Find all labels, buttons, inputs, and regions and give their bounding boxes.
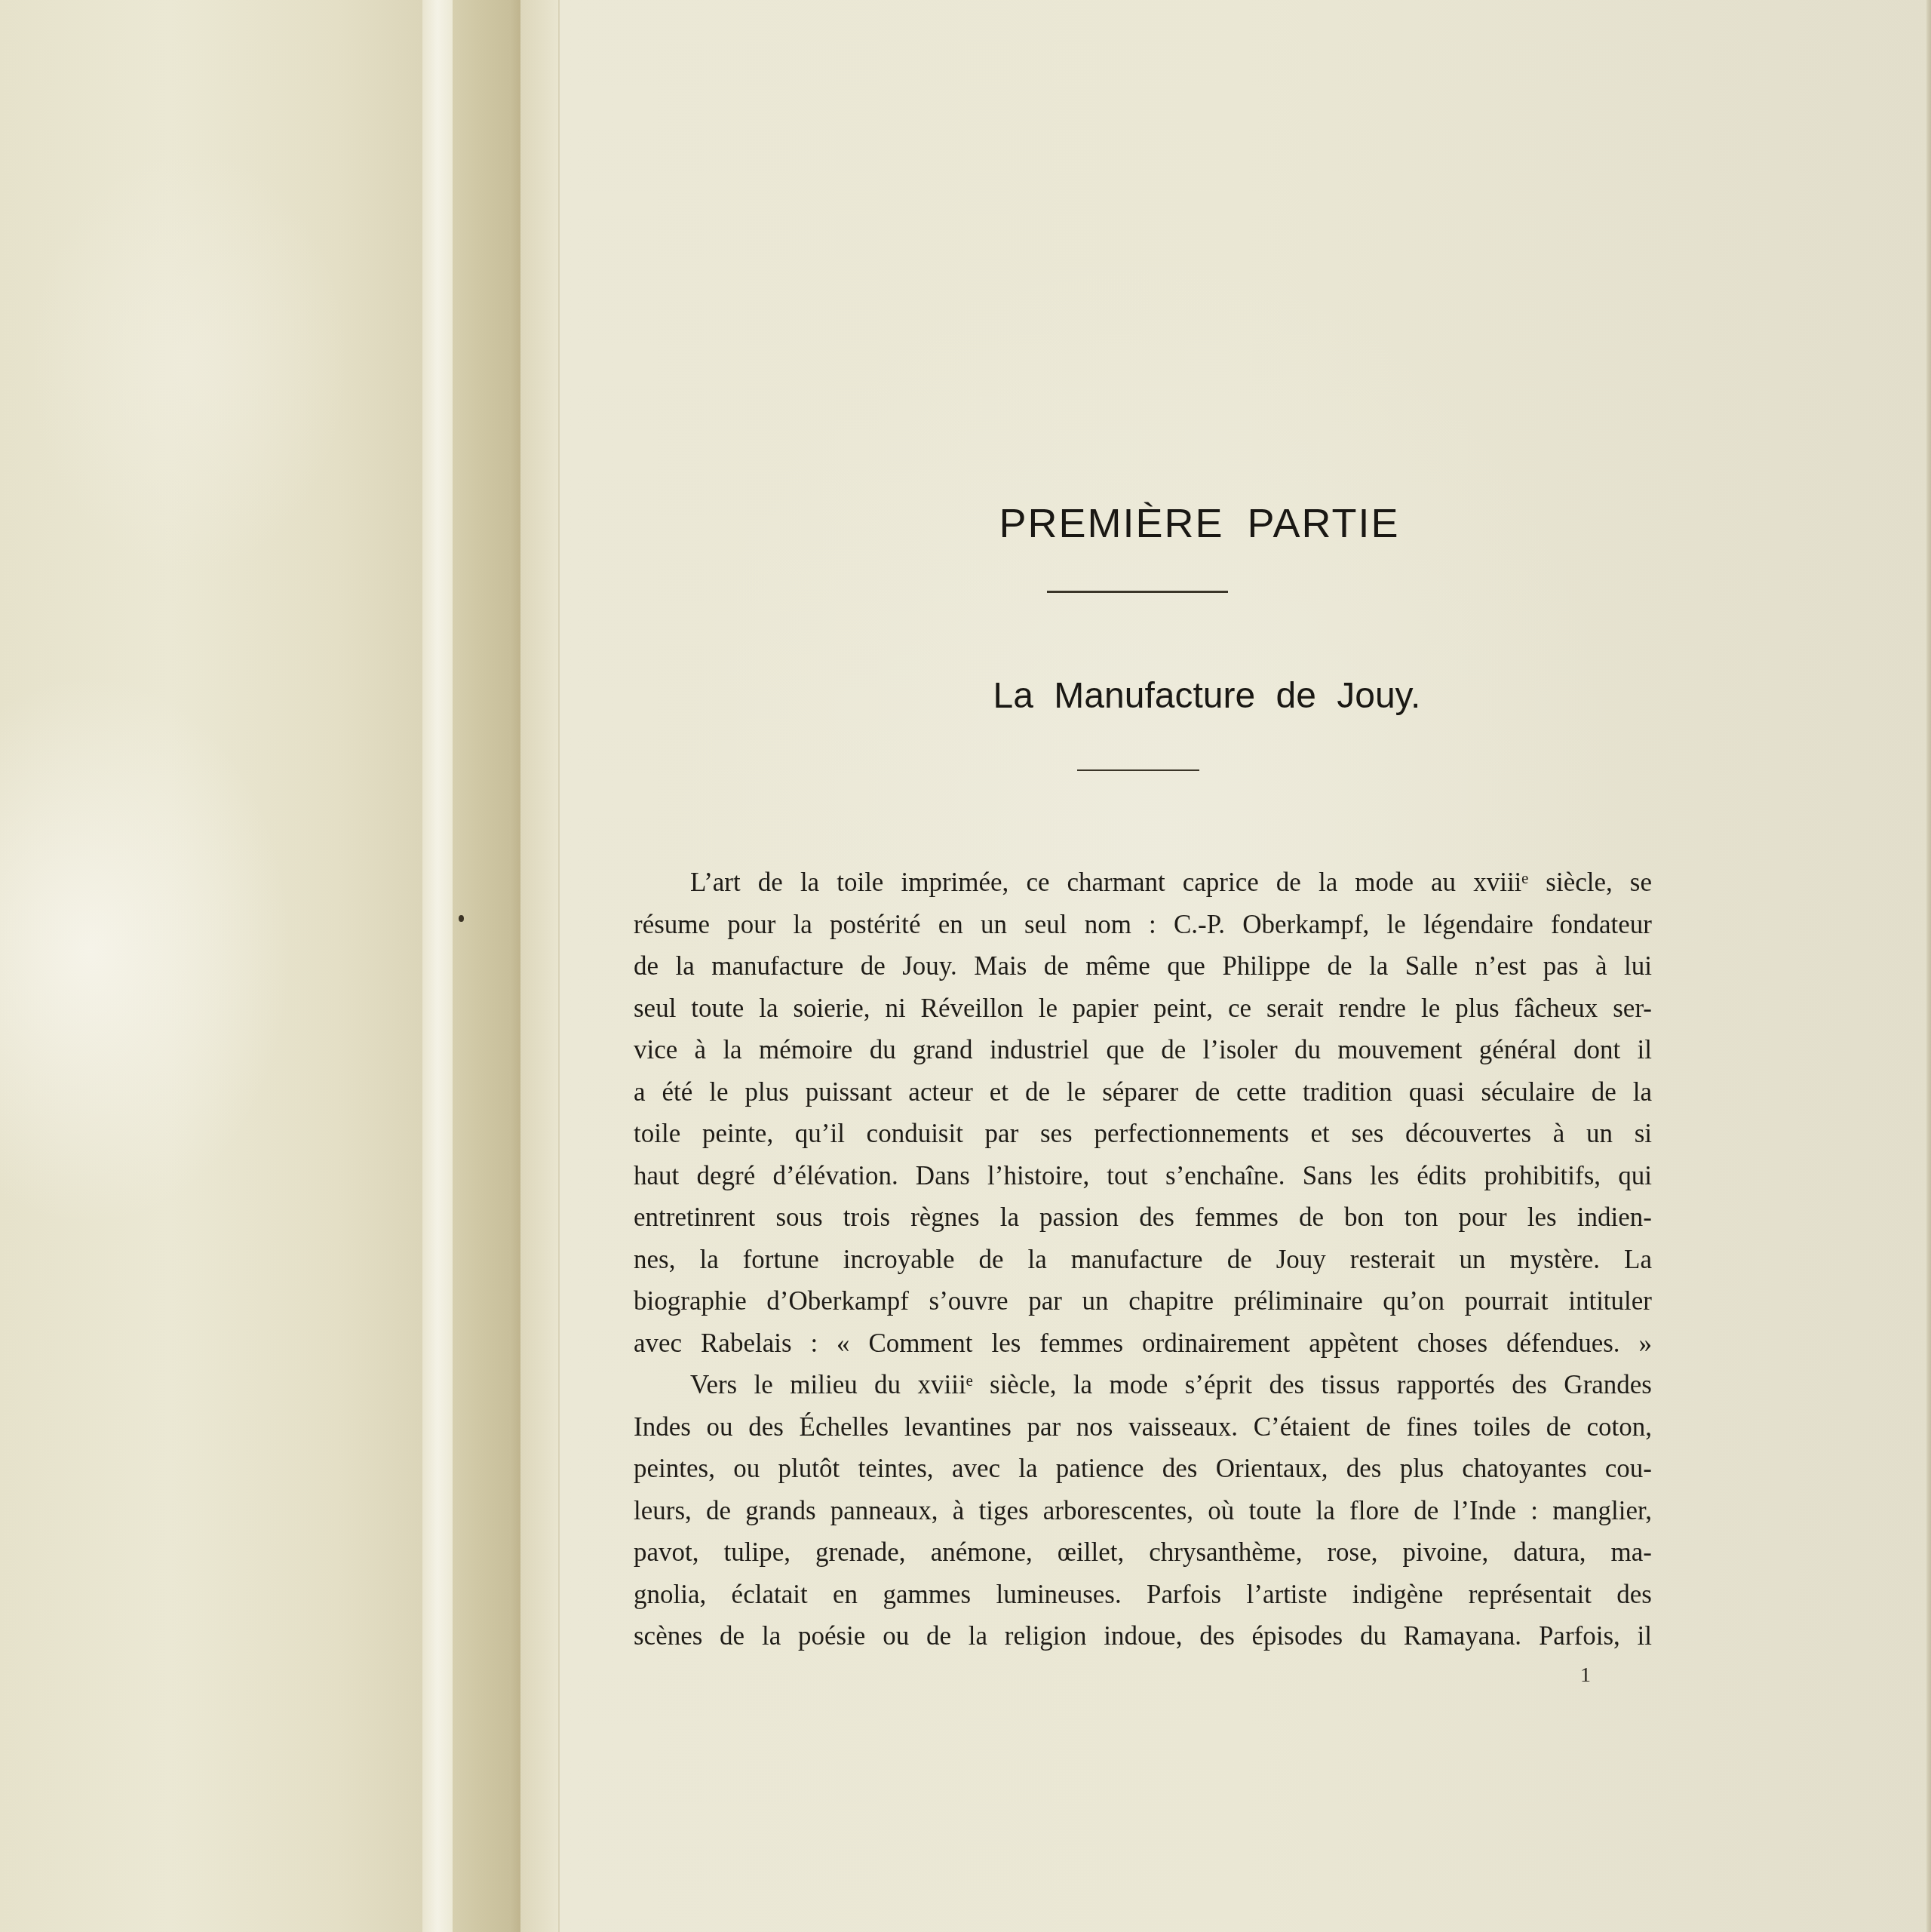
paragraph-1: L’art de la toile imprimée, ce charmant … [634,862,1652,1364]
ink-speck [459,915,464,922]
text-line: scènes de la poésie ou de la religion in… [634,1615,1652,1657]
chapter-title: La Manufacture de Jouy. [634,675,1652,717]
text-line: de la manufacture de Jouy. Mais de même … [634,945,1652,988]
text-line: toile peinte, qu’il conduisit par ses pe… [634,1113,1652,1155]
text-line: a été le plus puissant acteur et de le s… [634,1071,1652,1113]
text-line: vice à la mémoire du grand industriel qu… [634,1029,1652,1071]
text-line: leurs, de grands panneaux, à tiges arbor… [634,1490,1652,1532]
book-spread: PREMIÈRE PARTIE La Manufacture de Jouy. … [0,0,1931,1932]
chapter-divider [1077,769,1199,771]
part-title: PREMIÈRE PARTIE [634,500,1652,547]
text-line: L’art de la toile imprimée, ce charmant … [634,862,1652,904]
gutter-highlight [422,0,453,1932]
text-line: avec Rabelais : « Comment les femmes ord… [634,1322,1652,1365]
text-line: gnolia, éclatait en gammes lumineuses. P… [634,1574,1652,1616]
gutter-shadow [453,0,520,1932]
title-divider [1047,591,1228,593]
text-line: haut degré d’élévation. Dans l’histoire,… [634,1155,1652,1197]
page-edge-shadow [1926,0,1931,1932]
text-line: entretinrent sous trois règnes la passio… [634,1196,1652,1239]
text-line: résume pour la postérité en un seul nom … [634,904,1652,946]
page-fold [520,0,558,1932]
text-line: seul toute la soierie, ni Réveillon le p… [634,988,1652,1030]
text-line: peintes, ou plutôt teintes, avec la pati… [634,1448,1652,1490]
left-page-blank [0,0,422,1932]
body-text: L’art de la toile imprimée, ce charmant … [634,862,1652,1657]
paragraph-2: Vers le milieu du xviiiᵉ siècle, la mode… [634,1364,1652,1657]
text-line: pavot, tulipe, grenade, anémone, œillet,… [634,1531,1652,1574]
text-line: nes, la fortune incroyable de la manufac… [634,1239,1652,1281]
text-line: biographie d’Oberkampf s’ouvre par un ch… [634,1280,1652,1322]
page-number: 1 [1580,1663,1591,1688]
text-line: Indes ou des Échelles levantines par nos… [634,1406,1652,1448]
text-line: Vers le milieu du xviiiᵉ siècle, la mode… [634,1364,1652,1406]
